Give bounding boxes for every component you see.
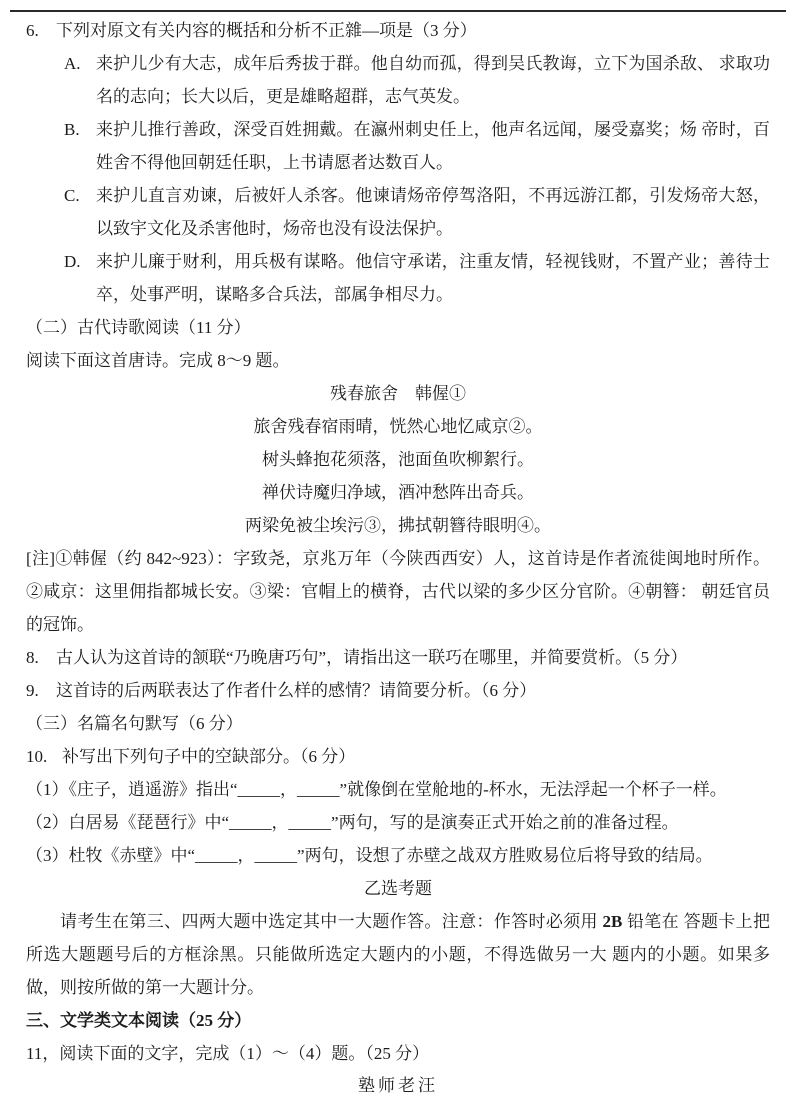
question-8: 8. 古人认为这首诗的颔联“乃晚唐巧句”，请指出这一联巧在哪里，并简要赏析。（5…	[26, 641, 770, 674]
option-d-label: D.	[64, 245, 96, 278]
alt-section-heading: 乙选考题	[26, 872, 770, 905]
question-9-text: 这首诗的后两联表达了作者什么样的感情？请简要分析。（6 分）	[56, 674, 770, 707]
question-8-text: 古人认为这首诗的颔联“乃晚唐巧句”，请指出这一联巧在哪里，并简要赏析。（5 分）	[56, 641, 770, 674]
candidate-notice: 请考生在第三、四两大题中选定其中一大题作答。注意：作答时必须用 2B 铅笔在 答…	[26, 905, 770, 1004]
question-6-text: 下列对原文有关内容的概括和分析不正雜—项是（3 分）	[56, 14, 770, 47]
section-2-heading: （二）古代诗歌阅读（11 分）	[26, 311, 770, 344]
option-c: C. 来护儿直言劝谏，后被奸人杀客。他谏请炀帝停驾洛阳，不再远游江都，引发炀帝大…	[64, 179, 770, 245]
option-b: B. 来护儿推行善政，深受百姓拥戴。在瀛州刺史任上，他声名远闻，屡受嘉奖；炀 帝…	[64, 113, 770, 179]
option-a-text: 来护儿少有大志，成年后秀拔于群。他自幼而孤，得到吴氏教诲，立下为国杀敌、 求取功…	[96, 47, 770, 113]
poem-intro: 阅读下面这首唐诗。完成 8～9 题。	[26, 344, 770, 377]
option-a: A. 来护儿少有大志，成年后秀拔于群。他自幼而孤，得到吴氏教诲，立下为国杀敌、 …	[64, 47, 770, 113]
question-9-number: 9.	[26, 674, 56, 707]
question-10-item-1: （1）《庄子，逍遥游》指出“_____，_____”就像倒在堂舱地的-杯水，无法…	[26, 773, 770, 806]
section-three-heading: 三、文学类文本阅读（25 分）	[26, 1004, 770, 1037]
option-c-label: C.	[64, 179, 96, 212]
page-top-rule	[10, 10, 786, 12]
question-10-item-2: （2）白居易《琵琶行》中“_____，_____”两句，写的是演奏正式开始之前的…	[26, 806, 770, 839]
option-a-label: A.	[64, 47, 96, 80]
section-3-heading: （三）名篇名句默写（6 分）	[26, 707, 770, 740]
question-9: 9. 这首诗的后两联表达了作者什么样的感情？请简要分析。（6 分）	[26, 674, 770, 707]
question-6-options: A. 来护儿少有大志，成年后秀拔于群。他自幼而孤，得到吴氏教诲，立下为国杀敌、 …	[64, 47, 770, 311]
poem-line-3: 禅伏诗魔归净域，酒冲愁阵出奇兵。	[26, 476, 770, 509]
question-6-number: 6.	[26, 14, 56, 47]
poem-line-1: 旅舍残春宿雨晴，恍然心地忆咸京②。	[26, 410, 770, 443]
option-c-text: 来护儿直言劝谏，后被奸人杀客。他谏请炀帝停驾洛阳，不再远游江都，引发炀帝大怒，以…	[96, 179, 770, 245]
question-11: 11，阅读下面的文字，完成（1）～（4）题。（25 分）	[26, 1037, 770, 1070]
option-b-text: 来护儿推行善政，深受百姓拥戴。在瀛州刺史任上，他声名远闻，屡受嘉奖；炀 帝时，百…	[96, 113, 770, 179]
question-6: 6. 下列对原文有关内容的概括和分析不正雜—项是（3 分）	[26, 14, 770, 47]
poem-footnote: [注]①韩偓（约 842~923）：字致尧，京兆万年（今陕西西安）人，这首诗是作…	[26, 542, 770, 641]
question-10-text: 补写出下列句子中的空缺部分。（6 分）	[62, 740, 770, 773]
option-d-text: 来护儿廉于财利，用兵极有谋略。他信守承诺，注重友情，轻视钱财，不置产业；善待士卒…	[96, 245, 770, 311]
poem-line-4: 两梁免被尘埃污③，拂拭朝簪待眼明④。	[26, 509, 770, 542]
notice-text-2b: 2B	[603, 912, 623, 931]
exam-page: 6. 下列对原文有关内容的概括和分析不正雜—项是（3 分） A. 来护儿少有大志…	[0, 0, 800, 1103]
question-8-number: 8.	[26, 641, 56, 674]
poem-title: 残春旅舍 韩偓①	[26, 377, 770, 410]
question-10-number: 10.	[26, 740, 62, 773]
question-10-item-3: （3）杜牧《赤壁》中“_____，_____”两句，设想了赤壁之战双方胜败易位后…	[26, 839, 770, 872]
notice-text-pre: 请考生在第三、四两大题中选定其中一大题作答。注意：作答时必须用	[60, 912, 603, 931]
passage-title: 塾师老汪	[26, 1070, 770, 1103]
poem-line-2: 树头蜂抱花须落，池面鱼吹柳絮行。	[26, 443, 770, 476]
option-d: D. 来护儿廉于财利，用兵极有谋略。他信守承诺，注重友情，轻视钱财，不置产业；善…	[64, 245, 770, 311]
question-10: 10. 补写出下列句子中的空缺部分。（6 分）	[26, 740, 770, 773]
option-b-label: B.	[64, 113, 96, 146]
